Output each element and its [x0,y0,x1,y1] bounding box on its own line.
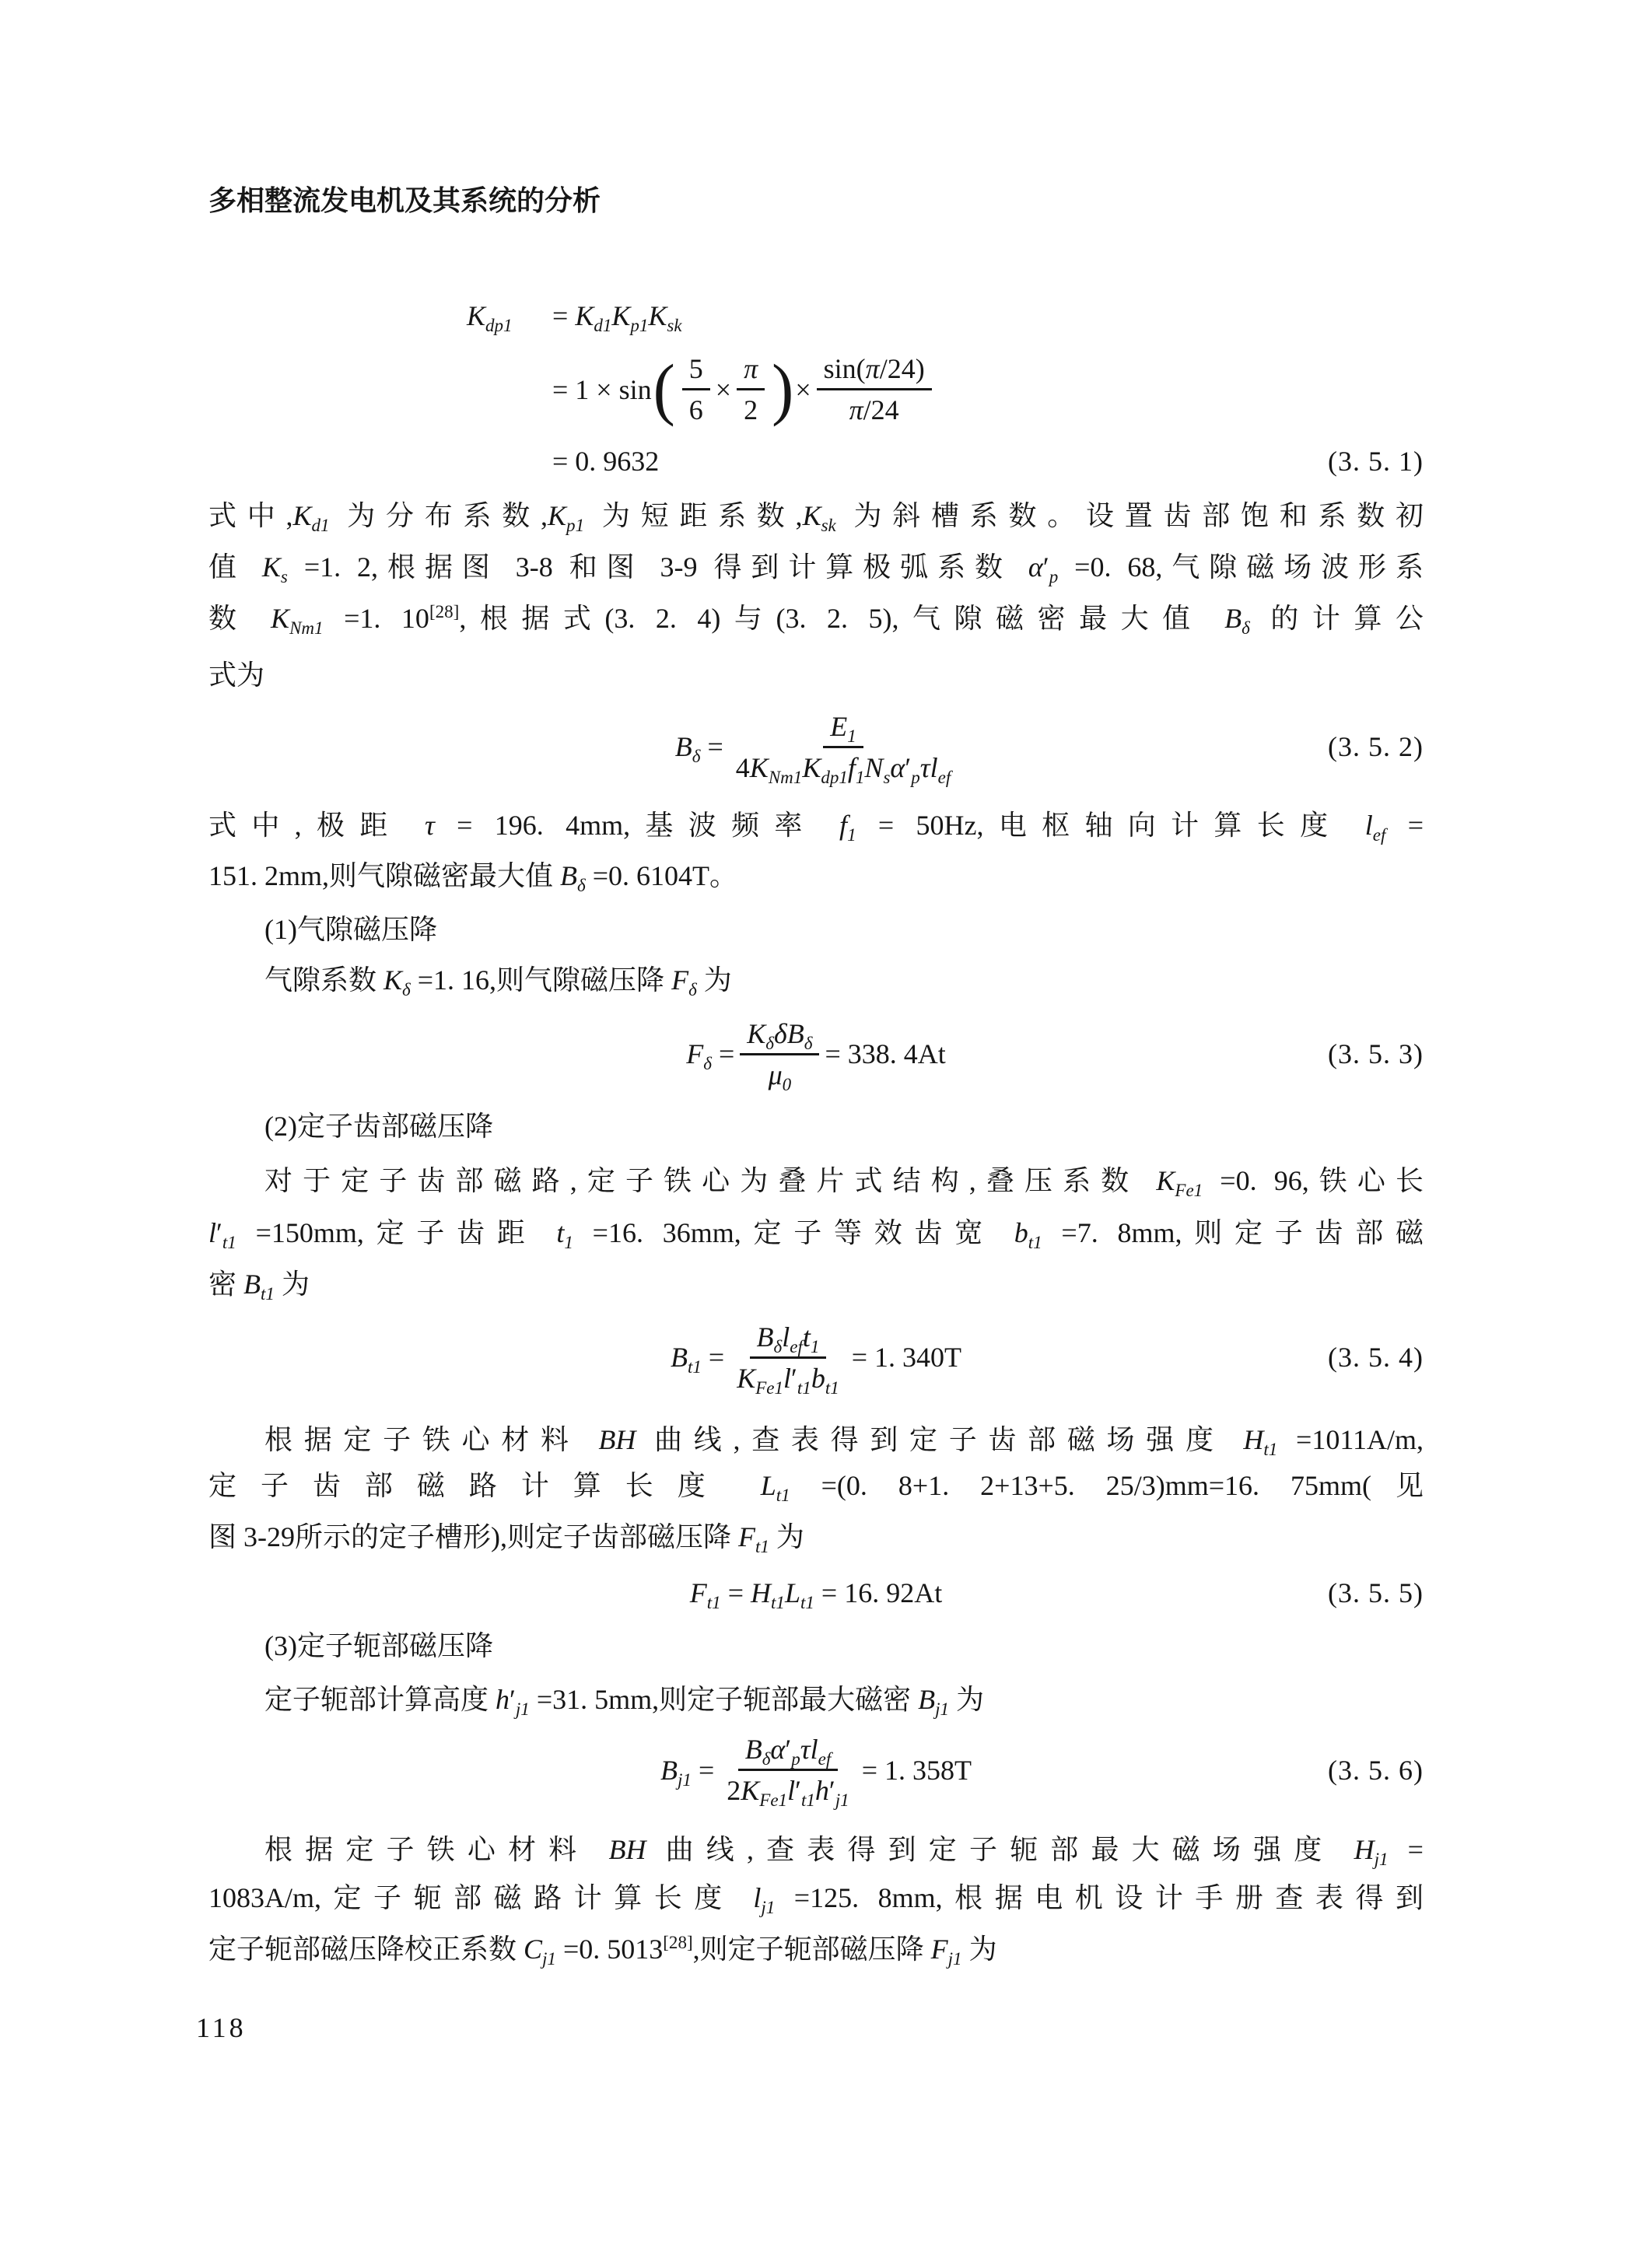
equation-3-5-3: Fδ = KδδBδμ0 = 338. 4At (3. 5. 3) [208,1011,1424,1097]
paragraph-line: l′t1 =150mm,定子齿距 t1 =16. 36mm,定子等效齿宽 bt1… [208,1213,1424,1252]
math-lhs: Bδ = [675,730,723,763]
equation-number: (3. 5. 6) [1328,1754,1424,1787]
equation-number: (3. 5. 3) [1328,1038,1424,1070]
paragraph-line: 密 Bt1 为 [208,1265,1424,1304]
fraction-pi-2: π2 [737,352,765,427]
paragraph-line: 气隙系数 Kδ =1. 16,则气隙磁压降 Fδ 为 [208,961,1424,999]
fraction-5-6: 56 [682,352,710,427]
fraction-sin: sin(π/24)π/24 [817,352,932,427]
page-number: 118 [196,2011,247,2044]
paragraph-line: 式中,极距 τ = 196. 4mm,基波频率 f1 = 50Hz,电枢轴向计算… [208,806,1424,845]
section-heading-3: (3)定子轭部磁压降 [208,1626,1424,1665]
equation-number: (3. 5. 1) [1328,445,1424,478]
equation-3-5-1-line3: = 0. 9632 (3. 5. 1) [208,443,1424,478]
math-result: = 1. 340T [852,1341,961,1374]
math-prefix: = 1 × sin [552,373,652,406]
paragraph-line: 根据定子铁心材料 BH 曲线,查表得到定子轭部最大磁场强度 Hj1 = [208,1830,1424,1869]
fraction: E14KNm1Kdp1f1Nsα′pτlef [729,709,958,785]
equation-3-5-1-line2: = 1 × sin ( 56 × π2 ) × sin(π/24)π/24 [552,348,937,430]
paragraph-line: 定子齿部磁路计算长度 Lt1 =(0. 8+1. 2+13+5. 25/3)mm… [208,1466,1424,1505]
multiply-sign: × [795,373,811,406]
equation-3-5-5: Ft1 = Ht1Lt1 = 16. 92At (3. 5. 5) [208,1571,1424,1615]
fraction: Bδleft1KFe1l′t1bt1 [730,1320,846,1395]
paragraph-line: 值 Ks =1. 2,根据图 3-8 和图 3-9 得到计算极弧系数 α′p =… [208,548,1424,586]
equation-number: (3. 5. 5) [1328,1577,1424,1609]
paragraph-line: 定子轭部计算高度 h′j1 =31. 5mm,则定子轭部最大磁密 Bj1 为 [208,1680,1424,1719]
paragraph-line: 1083A/m,定子轭部磁路计算长度 lj1 =125. 8mm,根据电机设计手… [208,1878,1424,1917]
section-heading-1: (1)气隙磁压降 [208,910,1424,949]
paragraph-line: 数 KNm1 =1. 10[28],根据式(3. 2. 4)与(3. 2. 5)… [208,599,1424,638]
running-header: 多相整流发电机及其系统的分析 [208,185,601,216]
math-result: = 0. 9632 [552,445,659,478]
equation-3-5-2: Bδ = E14KNm1Kdp1f1Nsα′pτlef (3. 5. 2) [208,704,1424,789]
section-heading-2: (2)定子齿部磁压降 [208,1107,1424,1146]
paragraph-line: 根据定子铁心材料 BH 曲线,查表得到定子齿部磁场强度 Ht1 =1011A/m… [208,1420,1424,1459]
math-lhs: Bt1 = [671,1341,724,1374]
equation-number: (3. 5. 2) [1328,730,1424,763]
book-page: 多相整流发电机及其系统的分析 Kdp1= Kd1Kp1Ksk = 1 × sin… [0,0,1625,2268]
equation-3-5-1-line1: Kdp1= Kd1Kp1Ksk [467,298,682,333]
math-lhs: Kdp1 [467,299,552,332]
equation-3-5-4: Bt1 = Bδleft1KFe1l′t1bt1 = 1. 340T (3. 5… [208,1314,1424,1400]
equation-3-5-6: Bj1 = Bδα′pτlef2KFe1l′t1h′j1 = 1. 358T (… [208,1725,1424,1815]
fraction: Bδα′pτlef2KFe1l′t1h′j1 [720,1732,856,1808]
paragraph-line: 图 3-29所示的定子槽形),则定子齿部磁压降 Ft1 为 [208,1517,1424,1556]
math-lhs: Bj1 = [660,1754,714,1787]
math-body: Ft1 = Ht1Lt1 = 16. 92At [690,1577,942,1609]
paragraph-line: 式中,Kd1 为分布系数,Kp1 为短距系数,Ksk 为斜槽系数。设置齿部饱和系… [208,496,1424,535]
math-result: = 1. 358T [862,1754,972,1787]
paragraph-line: 151. 2mm,则气隙磁密最大值 Bδ =0. 6104T。 [208,856,1424,895]
math-rhs: = Kd1Kp1Ksk [552,299,682,332]
multiply-sign: × [716,373,731,406]
math-lhs: Fδ = [686,1038,734,1070]
math-result: = 338. 4At [825,1038,945,1070]
paragraph-line: 式为 [208,656,1424,695]
paragraph-line: 对于定子齿部磁路,定子铁心为叠片式结构,叠压系数 KFe1 =0. 96,铁心长 [208,1161,1424,1200]
paragraph-line: 定子轭部磁压降校正系数 Cj1 =0. 5013[28],则定子轭部磁压降 Fj… [208,1930,1424,1969]
equation-number: (3. 5. 4) [1328,1341,1424,1374]
fraction: KδδBδμ0 [740,1017,819,1092]
